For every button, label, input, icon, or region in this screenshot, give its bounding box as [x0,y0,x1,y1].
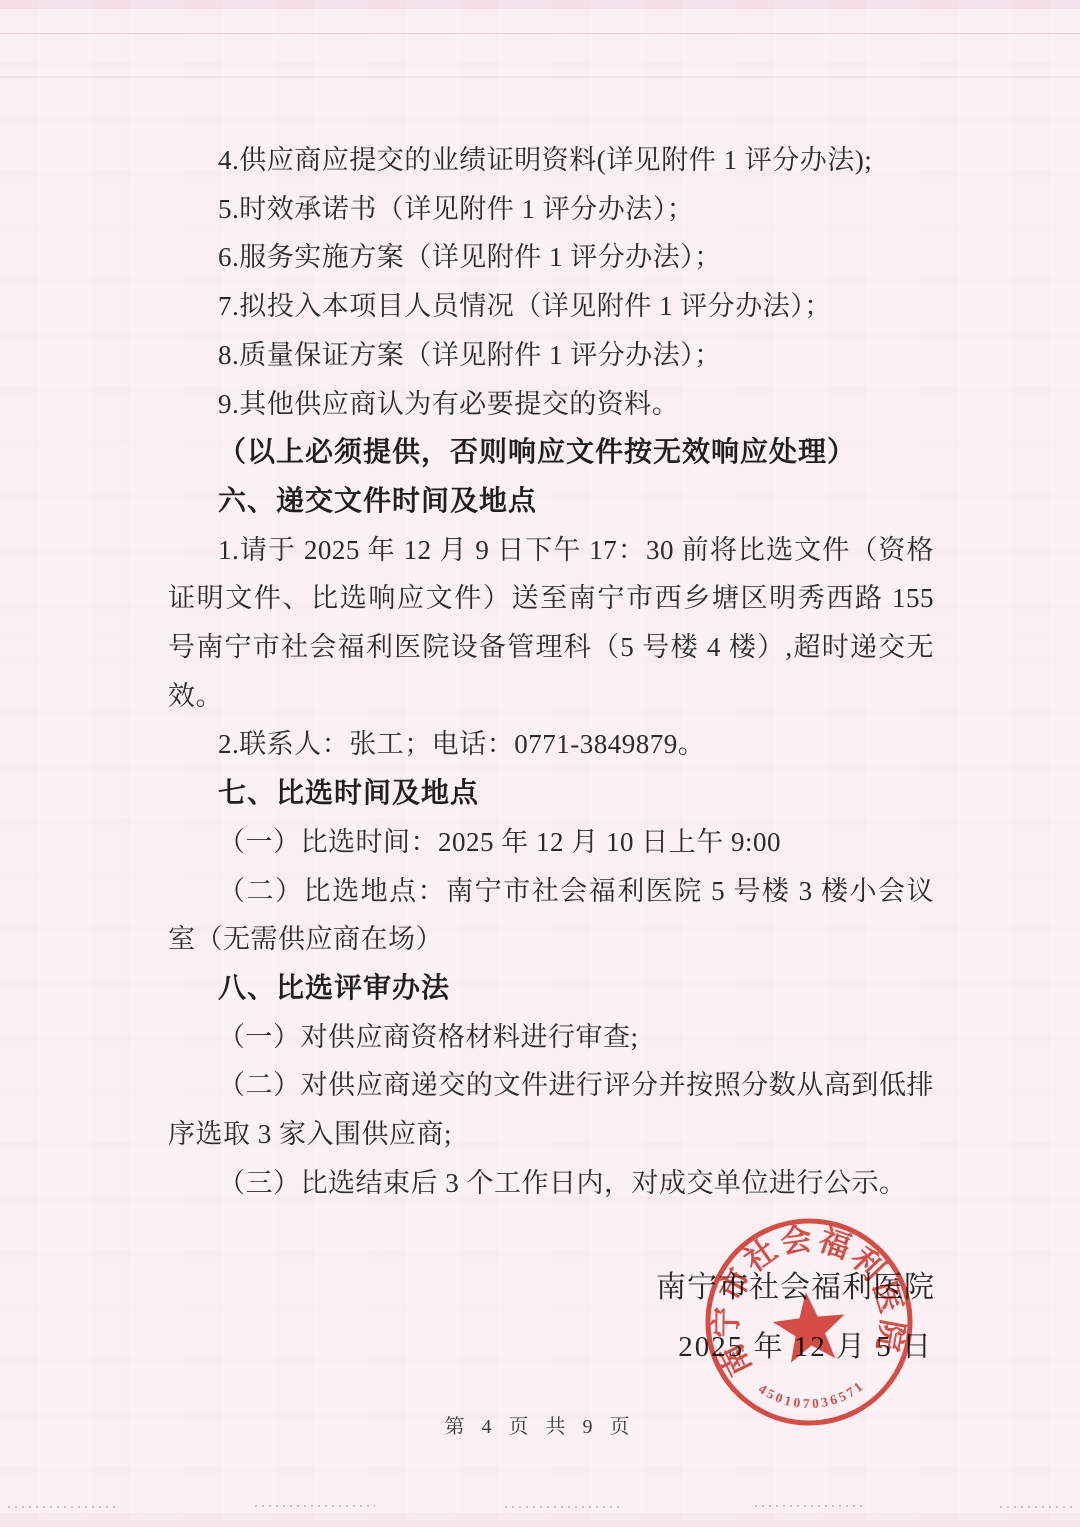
document-body: 4.供应商应提交的业绩证明资料(详见附件 1 评分办法); 5.时效承诺书（详见… [168,136,934,1207]
selection-time-paragraph: （一）比选时间：2025 年 12 月 10 日上午 9:00 [168,818,934,867]
list-item-7: 7.拟投入本项目人员情况（详见附件 1 评分办法）； [168,282,934,331]
contact-paragraph: 2.联系人：张工；电话：0771-3849879。 [168,720,934,769]
review-step-3: （三）比选结束后 3 个工作日内，对成交单位进行公示。 [168,1159,934,1208]
scan-artifact-line [0,33,1080,34]
scan-noise-mark [1000,1506,1075,1508]
scan-noise-mark [255,1505,375,1507]
seal-serial-number: 450107036571 [755,1370,870,1416]
section-heading-8: 八、比选评审办法 [168,964,934,1013]
mandatory-note: （以上必须提供，否则响应文件按无效响应处理） [168,428,934,477]
scan-artifact-bottom-band [0,1513,1080,1527]
list-item-9: 9.其他供应商认为有必要提交的资料。 [168,380,934,429]
scan-noise-mark [505,1506,620,1508]
scan-noise-mark [755,1505,865,1507]
scan-noise-mark [8,1506,118,1508]
seal-star-icon [770,1288,849,1364]
list-item-6: 6.服务实施方案（详见附件 1 评分办法）； [168,233,934,282]
scan-artifact-top-band [0,0,1080,9]
list-item-5: 5.时效承诺书（详见附件 1 评分办法）； [168,185,934,234]
section-heading-7: 七、比选时间及地点 [168,769,934,818]
section-heading-6: 六、递交文件时间及地点 [168,477,934,526]
official-seal-stamp: 南宁市社会福利医院 450107036571 [688,1201,930,1443]
review-step-1: （一）对供应商资格材料进行审查; [168,1013,934,1062]
scan-artifact-line [0,76,1080,78]
scanned-document-page: 4.供应商应提交的业绩证明资料(详见附件 1 评分办法); 5.时效承诺书（详见… [0,0,1080,1527]
selection-place-paragraph: （二）比选地点：南宁市社会福利医院 5 号楼 3 楼小会议室（无需供应商在场） [168,867,934,964]
submission-deadline-paragraph: 1.请于 2025 年 12 月 9 日下午 17：30 前将比选文件（资格证明… [168,526,934,721]
review-step-2: （二）对供应商递交的文件进行评分并按照分数从高到低排序选取 3 家入围供应商; [168,1061,934,1158]
list-item-4: 4.供应商应提交的业绩证明资料(详见附件 1 评分办法); [168,136,934,185]
list-item-8: 8.质量保证方案（详见附件 1 评分办法）； [168,331,934,380]
